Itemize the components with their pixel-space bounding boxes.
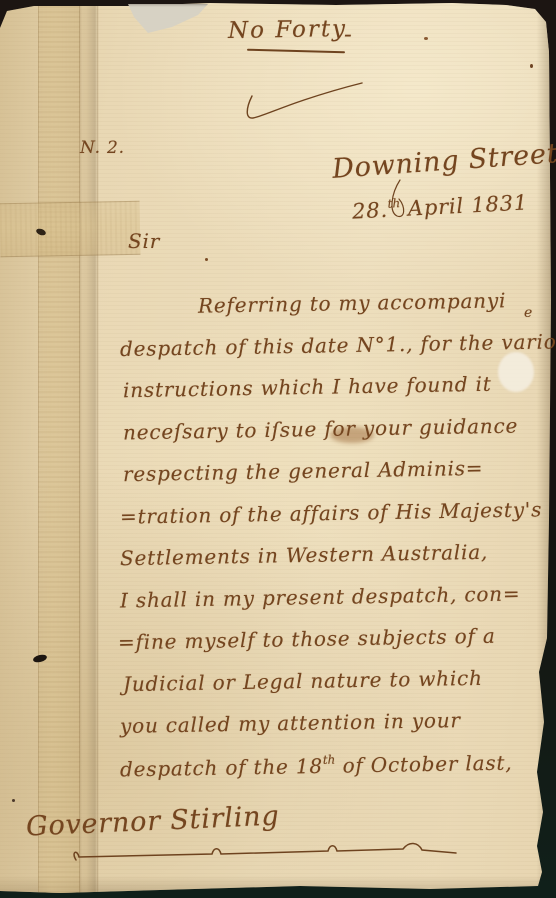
signature-flourish bbox=[66, 844, 466, 870]
check-squiggle-mark bbox=[238, 72, 374, 130]
scanned-letter: No Forty - N. 2. Downing Street 28.th Ap… bbox=[0, 0, 556, 898]
speck bbox=[530, 64, 533, 68]
docket-number: No Forty bbox=[228, 16, 347, 44]
salutation: Sir bbox=[128, 229, 160, 253]
date-day: 28. bbox=[352, 198, 389, 224]
final-line-pre: despatch of the 18 bbox=[120, 754, 323, 782]
fold-crease bbox=[97, 0, 99, 898]
file-number: N. 2. bbox=[80, 138, 125, 158]
speck bbox=[12, 799, 15, 802]
docket-dash: - bbox=[344, 22, 353, 48]
tape-strip-horizontal bbox=[0, 201, 140, 257]
repair-patch bbox=[498, 352, 534, 392]
fold-crease bbox=[80, 0, 82, 898]
tape-strip-vertical bbox=[38, 0, 80, 898]
final-line-ordinal: th bbox=[323, 753, 336, 767]
final-line-post: of October last, bbox=[335, 751, 512, 778]
speck bbox=[424, 37, 428, 40]
inserted-character: e bbox=[524, 305, 533, 321]
speck bbox=[205, 258, 208, 261]
